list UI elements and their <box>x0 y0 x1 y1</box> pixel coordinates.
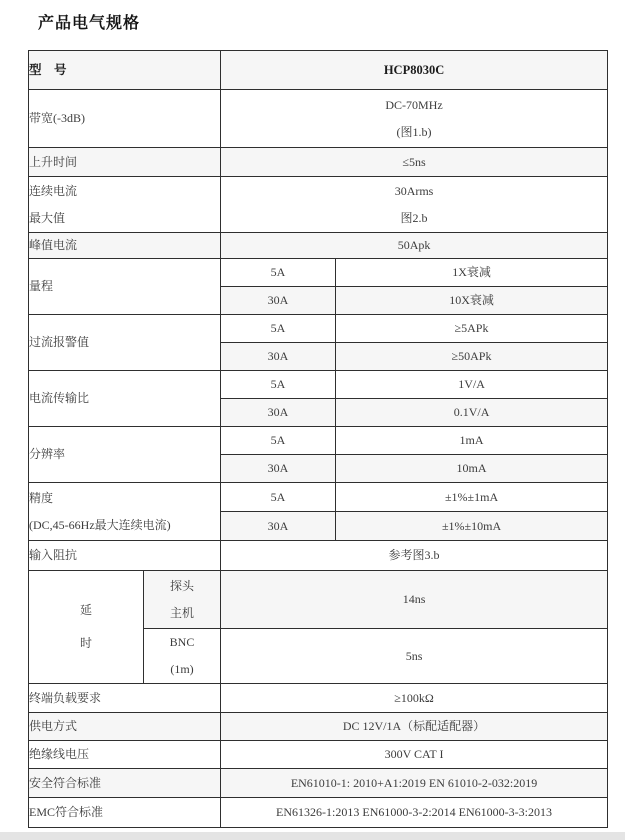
row-rise-time: 上升时间 ≤5ns <box>29 148 608 177</box>
row-transfer-ratio-5a: 电流传输比 5A 1V/A <box>29 371 608 399</box>
overcurrent-5a-tap: 5A <box>221 315 336 343</box>
row-model: 型 号 HCP8030C <box>29 51 608 90</box>
page-title: 产品电气规格 <box>38 10 140 33</box>
row-delay-probe: 延 时 探头 主机 14ns <box>29 571 608 629</box>
model-value: HCP8030C <box>221 51 608 90</box>
peak-current-value: 50Apk <box>221 233 608 259</box>
delay-bnc-value: 5ns <box>221 629 608 684</box>
bandwidth-value-line1: DC-70MHz <box>221 92 607 119</box>
row-bandwidth: 带宽(-3dB) DC-70MHz (图1.b) <box>29 90 608 148</box>
range-label: 量程 <box>29 259 221 315</box>
row-emc-standards: EMC符合标准 EN61326-1:2013 EN61000-3-2:2014 … <box>29 798 608 828</box>
range-30a-tap: 30A <box>221 287 336 315</box>
accuracy-30a-tap: 30A <box>221 512 336 541</box>
resolution-30a-value: 10mA <box>336 455 608 483</box>
input-impedance-value: 参考图3.b <box>221 541 608 571</box>
page-bottom-edge <box>0 832 625 840</box>
row-safety-standards: 安全符合标准 EN61010-1: 2010+A1:2019 EN 61010-… <box>29 769 608 798</box>
power-supply-value: DC 12V/1A（标配适配器） <box>221 713 608 741</box>
insulation-voltage-label: 绝缘线电压 <box>29 741 221 769</box>
delay-label-line2: 时 <box>29 627 143 660</box>
accuracy-label-line2: (DC,45-66Hz最大连续电流) <box>29 512 220 539</box>
continuous-current-label-line1: 连续电流 <box>29 178 220 205</box>
range-5a-value: 1X衰减 <box>336 259 608 287</box>
delay-probe-path-line1: 探头 <box>144 573 220 600</box>
row-peak-current: 峰值电流 50Apk <box>29 233 608 259</box>
resolution-5a-value: 1mA <box>336 427 608 455</box>
delay-probe-path-line2: 主机 <box>144 600 220 627</box>
spec-table: 型 号 HCP8030C 带宽(-3dB) DC-70MHz (图1.b) 上升… <box>28 50 608 828</box>
accuracy-5a-tap: 5A <box>221 483 336 512</box>
transfer-ratio-5a-value: 1V/A <box>336 371 608 399</box>
emc-standards-value: EN61326-1:2013 EN61000-3-2:2014 EN61000-… <box>221 798 608 828</box>
continuous-current-value: 30Arms 图2.b <box>221 177 608 233</box>
safety-standards-label: 安全符合标准 <box>29 769 221 798</box>
accuracy-label: 精度 (DC,45-66Hz最大连续电流) <box>29 483 221 541</box>
emc-standards-label: EMC符合标准 <box>29 798 221 828</box>
transfer-ratio-30a-tap: 30A <box>221 399 336 427</box>
continuous-current-value-line2: 图2.b <box>221 205 607 232</box>
accuracy-label-line1: 精度 <box>29 485 220 512</box>
overcurrent-alarm-label: 过流报警值 <box>29 315 221 371</box>
delay-bnc-path-line2: (1m) <box>144 656 220 683</box>
continuous-current-value-line1: 30Arms <box>221 178 607 205</box>
rise-time-label: 上升时间 <box>29 148 221 177</box>
continuous-current-label-line2: 最大值 <box>29 205 220 232</box>
bandwidth-value: DC-70MHz (图1.b) <box>221 90 608 148</box>
range-30a-value: 10X衰减 <box>336 287 608 315</box>
resolution-label: 分辨率 <box>29 427 221 483</box>
range-5a-tap: 5A <box>221 259 336 287</box>
accuracy-5a-value: ±1%±1mA <box>336 483 608 512</box>
transfer-ratio-30a-value: 0.1V/A <box>336 399 608 427</box>
row-resolution-5a: 分辨率 5A 1mA <box>29 427 608 455</box>
overcurrent-5a-value: ≥5APk <box>336 315 608 343</box>
delay-probe-path: 探头 主机 <box>144 571 221 629</box>
delay-probe-value: 14ns <box>221 571 608 629</box>
transfer-ratio-5a-tap: 5A <box>221 371 336 399</box>
insulation-voltage-value: 300V CAT I <box>221 741 608 769</box>
delay-label: 延 时 <box>29 571 144 684</box>
resolution-30a-tap: 30A <box>221 455 336 483</box>
row-accuracy-5a: 精度 (DC,45-66Hz最大连续电流) 5A ±1%±1mA <box>29 483 608 512</box>
peak-current-label: 峰值电流 <box>29 233 221 259</box>
overcurrent-30a-value: ≥50APk <box>336 343 608 371</box>
termination-load-value: ≥100kΩ <box>221 684 608 713</box>
rise-time-value: ≤5ns <box>221 148 608 177</box>
row-input-impedance: 输入阻抗 参考图3.b <box>29 541 608 571</box>
row-overcurrent-5a: 过流报警值 5A ≥5APk <box>29 315 608 343</box>
safety-standards-value: EN61010-1: 2010+A1:2019 EN 61010-2-032:2… <box>221 769 608 798</box>
power-supply-label: 供电方式 <box>29 713 221 741</box>
bandwidth-label: 带宽(-3dB) <box>29 90 221 148</box>
termination-load-label: 终端负载要求 <box>29 684 221 713</box>
row-insulation-voltage: 绝缘线电压 300V CAT I <box>29 741 608 769</box>
delay-bnc-path: BNC (1m) <box>144 629 221 684</box>
resolution-5a-tap: 5A <box>221 427 336 455</box>
continuous-current-label: 连续电流 最大值 <box>29 177 221 233</box>
delay-bnc-path-line1: BNC <box>144 629 220 656</box>
row-termination-load: 终端负载要求 ≥100kΩ <box>29 684 608 713</box>
accuracy-30a-value: ±1%±10mA <box>336 512 608 541</box>
row-continuous-current-max: 连续电流 最大值 30Arms 图2.b <box>29 177 608 233</box>
row-power-supply: 供电方式 DC 12V/1A（标配适配器） <box>29 713 608 741</box>
transfer-ratio-label: 电流传输比 <box>29 371 221 427</box>
input-impedance-label: 输入阻抗 <box>29 541 221 571</box>
bandwidth-value-line2: (图1.b) <box>221 119 607 146</box>
overcurrent-30a-tap: 30A <box>221 343 336 371</box>
row-range-5a: 量程 5A 1X衰减 <box>29 259 608 287</box>
model-label: 型 号 <box>29 51 221 90</box>
delay-label-line1: 延 <box>29 594 143 627</box>
